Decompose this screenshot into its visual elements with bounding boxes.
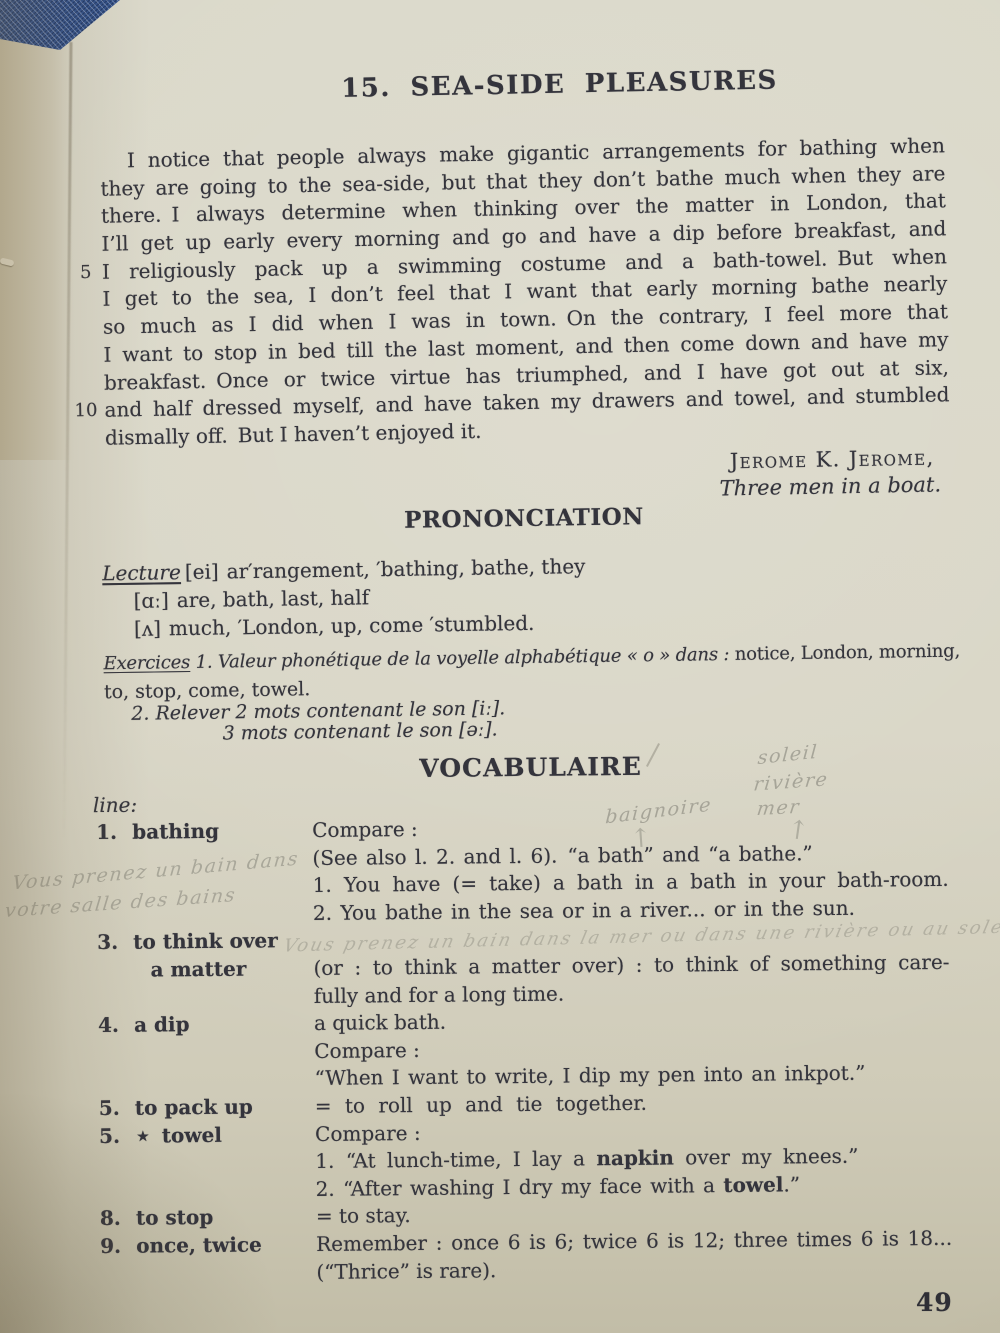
vocab-term: to pack up bbox=[135, 1094, 315, 1123]
vocab-table: 1.bathingCompare : (See also l. 2. and l… bbox=[86, 812, 952, 1289]
vocabulaire-section: VOCABULAIRE line: 1.bathingCompare : (Se… bbox=[85, 749, 952, 1289]
vocab-term bbox=[134, 984, 314, 1013]
vocab-term: a matter bbox=[133, 956, 313, 985]
vocab-line-number: 1. bbox=[86, 820, 132, 848]
book-page-photo: 15. SEA-SIDE PLEASURES I notice that peo… bbox=[0, 0, 1000, 1333]
vocab-term bbox=[136, 1259, 316, 1288]
definition-text: 2. “After washing I dry my face with a bbox=[316, 1173, 724, 1201]
exercices-block: Exercices 1. Valeur phonétique de la voy… bbox=[103, 641, 949, 747]
reading-passage: I notice that people always make giganti… bbox=[100, 133, 952, 511]
vocab-line-number: 5. bbox=[89, 1123, 135, 1151]
lecture-words: much, ′London, up, come ′stumbled. bbox=[169, 611, 535, 640]
vocab-term bbox=[134, 1066, 314, 1095]
vocab-line-number: 4. bbox=[88, 1013, 134, 1041]
margin-line-number: 10 bbox=[74, 400, 97, 421]
exercice-words: notice, London, morning, bbox=[735, 641, 961, 665]
margin-line-number: 5 bbox=[80, 262, 92, 283]
lecture-block: Lecture[ei]ar′rangement, ′bathing, bathe… bbox=[102, 549, 948, 646]
definition-bold-word: napkin bbox=[596, 1146, 674, 1171]
vocab-term bbox=[134, 1039, 314, 1068]
prononciation-section: PRONONCIATION Lecture[ei]ar′rangement, ′… bbox=[101, 499, 949, 747]
definition-text: over my knees.” bbox=[674, 1144, 859, 1170]
vocab-line-number bbox=[89, 1151, 135, 1179]
vocab-line-number bbox=[88, 985, 134, 1013]
star-icon: ★ bbox=[137, 1129, 149, 1144]
pencil-arrow-up-icon: ↑ bbox=[629, 823, 653, 854]
under-page-edge bbox=[0, 0, 74, 460]
phonetic-symbol: [ei] bbox=[185, 560, 219, 584]
vocab-term bbox=[136, 1177, 316, 1206]
definition-text: .” bbox=[783, 1172, 800, 1196]
vocab-line-number: 3. bbox=[87, 930, 133, 958]
lecture-words: ar′rangement, ′bathing, bathe, they bbox=[227, 554, 586, 583]
exercice-instruction: 1. Valeur phonétique de la voyelle alpha… bbox=[195, 644, 729, 673]
vocab-term bbox=[135, 1149, 315, 1178]
vocab-term: once, twice bbox=[136, 1232, 316, 1261]
vocab-term: a dip bbox=[134, 1011, 314, 1040]
vocab-line-number bbox=[88, 1040, 134, 1068]
phonetic-symbol: [ʌ] bbox=[134, 616, 161, 640]
lecture-words: are, bath, last, half bbox=[177, 585, 370, 612]
vocab-term-word: towel bbox=[162, 1122, 222, 1147]
definition-bold-word: towel bbox=[723, 1172, 783, 1197]
vocab-definition: (“Thrice” is rare). bbox=[316, 1253, 952, 1287]
vocab-line-number bbox=[90, 1178, 136, 1206]
vocab-line-number: 9. bbox=[90, 1234, 136, 1262]
vocab-line-number: 8. bbox=[90, 1206, 136, 1234]
vocab-line-number bbox=[90, 1261, 136, 1289]
page-number: 49 bbox=[916, 1288, 953, 1317]
exercices-label: Exercices bbox=[103, 652, 190, 674]
lecture-label: Lecture bbox=[102, 560, 181, 585]
vocab-line-number bbox=[87, 958, 133, 986]
vocab-term: ★towel bbox=[135, 1121, 315, 1150]
phonetic-symbol: [ɑː] bbox=[133, 588, 169, 613]
vocab-line-number: 5. bbox=[89, 1096, 135, 1124]
pencil-arrow-up-icon: ↑ bbox=[785, 815, 811, 848]
vocab-line-number bbox=[88, 1068, 134, 1096]
definition-text: 1. “At lunch-time, I lay a bbox=[315, 1146, 596, 1173]
vocab-term: bathing bbox=[132, 818, 312, 847]
vocab-term: to stop bbox=[136, 1204, 316, 1233]
lesson-title: 15. SEA-SIDE PLEASURES bbox=[103, 62, 982, 109]
